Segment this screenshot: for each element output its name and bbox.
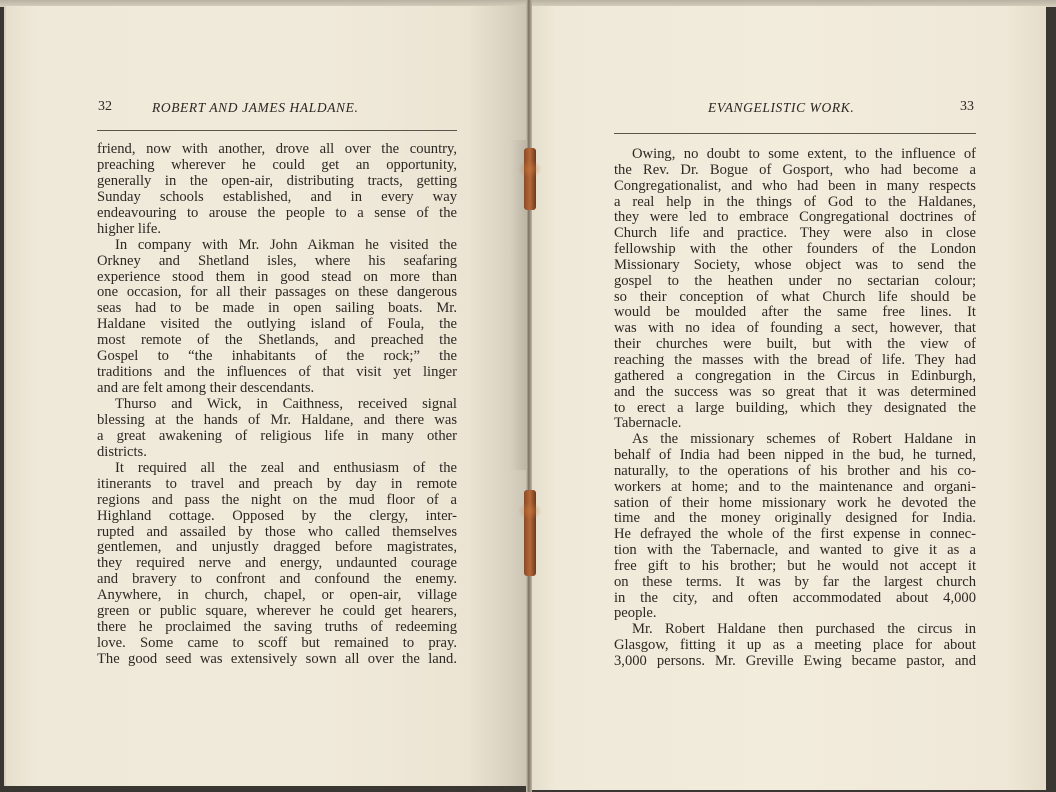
text-line: and the success was so great that it was… xyxy=(614,385,976,401)
text-line: The good seed was extensively sown all o… xyxy=(97,652,457,668)
text-line: reaching the masses with the bread of li… xyxy=(614,353,976,369)
text-line: on these terms. It was by far the larges… xyxy=(614,575,976,591)
text-line: fellowship with the other founders of th… xyxy=(614,242,976,258)
left-header-rule xyxy=(97,130,457,131)
text-line: people. xyxy=(614,606,976,622)
text-line: traditions and the influences of that vi… xyxy=(97,365,457,381)
text-line: rupted and assailed by those who called … xyxy=(97,525,457,541)
text-line: in the city, and often accommodated abou… xyxy=(614,591,976,607)
book-spread: 32 ROBERT AND JAMES HALDANE. friend, now… xyxy=(0,0,1056,792)
text-line: Thurso and Wick, in Caithness, received … xyxy=(97,397,457,413)
book-gutter xyxy=(526,0,532,792)
text-line: their churches were built, but with the … xyxy=(614,337,976,353)
text-line: higher life. xyxy=(97,222,457,238)
text-line: naturally, to the operations of his brot… xyxy=(614,464,976,480)
text-line: was with no idea of founding a sect, how… xyxy=(614,321,976,337)
right-header-rule xyxy=(614,133,976,134)
text-line: districts. xyxy=(97,445,457,461)
text-line: gathered a congregation in the Circus in… xyxy=(614,369,976,385)
text-line: they required nerve and energy, undaunte… xyxy=(97,556,457,572)
text-line: Missionary Society, whose object was to … xyxy=(614,258,976,274)
text-line: Highland cottage. Opposed by the clergy,… xyxy=(97,509,457,525)
text-line: one occasion, for all their passages on … xyxy=(97,285,457,301)
text-line: gospel to the heathen under no sectarian… xyxy=(614,274,976,290)
text-line: Haldane visited the outlying island of F… xyxy=(97,317,457,333)
text-line: and bravery to confront and confound the… xyxy=(97,572,457,588)
text-line: tion with the Tabernacle, and wanted to … xyxy=(614,543,976,559)
left-page-number: 32 xyxy=(98,99,112,115)
right-body-text: Owing, no doubt to some extent, to the i… xyxy=(614,147,976,670)
text-line: seas had to be made in open sailing boat… xyxy=(97,301,457,317)
text-line: regions and pass the night on the mud fl… xyxy=(97,493,457,509)
right-running-head: EVANGELISTIC WORK. xyxy=(708,100,854,116)
text-line: green or public square, wherever he coul… xyxy=(97,604,457,620)
text-line: the Rev. Dr. Bogue of Gosport, who had b… xyxy=(614,163,976,179)
text-line: workers at home; and to the maintenance … xyxy=(614,480,976,496)
text-line: so their conception of what Church life … xyxy=(614,290,976,306)
text-line: Tabernacle. xyxy=(614,416,976,432)
text-line: 3,000 persons. Mr. Greville Ewing became… xyxy=(614,654,976,670)
text-line: endeavouring to arouse the people to a s… xyxy=(97,206,457,222)
text-line: experience stood them in good stead on m… xyxy=(97,270,457,286)
text-line: preaching wherever he could get an oppor… xyxy=(97,158,457,174)
text-line: free gift to his brother; but he would n… xyxy=(614,559,976,575)
text-line: and are felt among their descendants. xyxy=(97,381,457,397)
text-line: generally in the open-air, distributing … xyxy=(97,174,457,190)
text-line: Congregationalist, and who had been in m… xyxy=(614,179,976,195)
staple-top-icon xyxy=(524,148,536,210)
text-line: most remote of the Shetlands, and preach… xyxy=(97,333,457,349)
text-line: Sunday schools established, and in every… xyxy=(97,190,457,206)
text-line: As the missionary schemes of Robert Hald… xyxy=(614,432,976,448)
text-line: friend, now with another, drove all over… xyxy=(97,142,457,158)
text-line: behalf of India had been nipped in the b… xyxy=(614,448,976,464)
text-line: In company with Mr. John Aikman he visit… xyxy=(97,238,457,254)
text-line: sation of their home missionary work he … xyxy=(614,496,976,512)
text-line: love. Some came to scoff but remained to… xyxy=(97,636,457,652)
left-running-head: ROBERT AND JAMES HALDANE. xyxy=(152,100,359,116)
left-body-text: friend, now with another, drove all over… xyxy=(97,142,457,668)
text-line: Gospel to “the inhabitants of the rock;”… xyxy=(97,349,457,365)
text-line: It required all the zeal and enthusiasm … xyxy=(97,461,457,477)
text-line: Church life and practice. They were also… xyxy=(614,226,976,242)
text-line: gentlemen, and unjustly dragged before m… xyxy=(97,540,457,556)
text-line: a great awakening of religious life in m… xyxy=(97,429,457,445)
text-line: Glasgow, fitting it up as a meeting plac… xyxy=(614,638,976,654)
text-line: they were led to embrace Congregational … xyxy=(614,210,976,226)
right-page-number: 33 xyxy=(960,99,974,115)
text-line: there he proclaimed the saving truths of… xyxy=(97,620,457,636)
text-line: to erect a large building, which they de… xyxy=(614,401,976,417)
text-line: blessing at the hands of Mr. Haldane, an… xyxy=(97,413,457,429)
staple-bottom-icon xyxy=(524,490,536,576)
text-line: would be moulded after the same free lin… xyxy=(614,305,976,321)
text-line: Orkney and Shetland isles, where his sea… xyxy=(97,254,457,270)
text-line: time and the money originally designed f… xyxy=(614,511,976,527)
text-line: a real help in the things of God to the … xyxy=(614,195,976,211)
text-line: Anywhere, in church, chapel, or open-air… xyxy=(97,588,457,604)
text-line: He defrayed the whole of the first expen… xyxy=(614,527,976,543)
text-line: Owing, no doubt to some extent, to the i… xyxy=(614,147,976,163)
text-line: Mr. Robert Haldane then purchased the ci… xyxy=(614,622,976,638)
text-line: itinerants to travel and preach by day i… xyxy=(97,477,457,493)
